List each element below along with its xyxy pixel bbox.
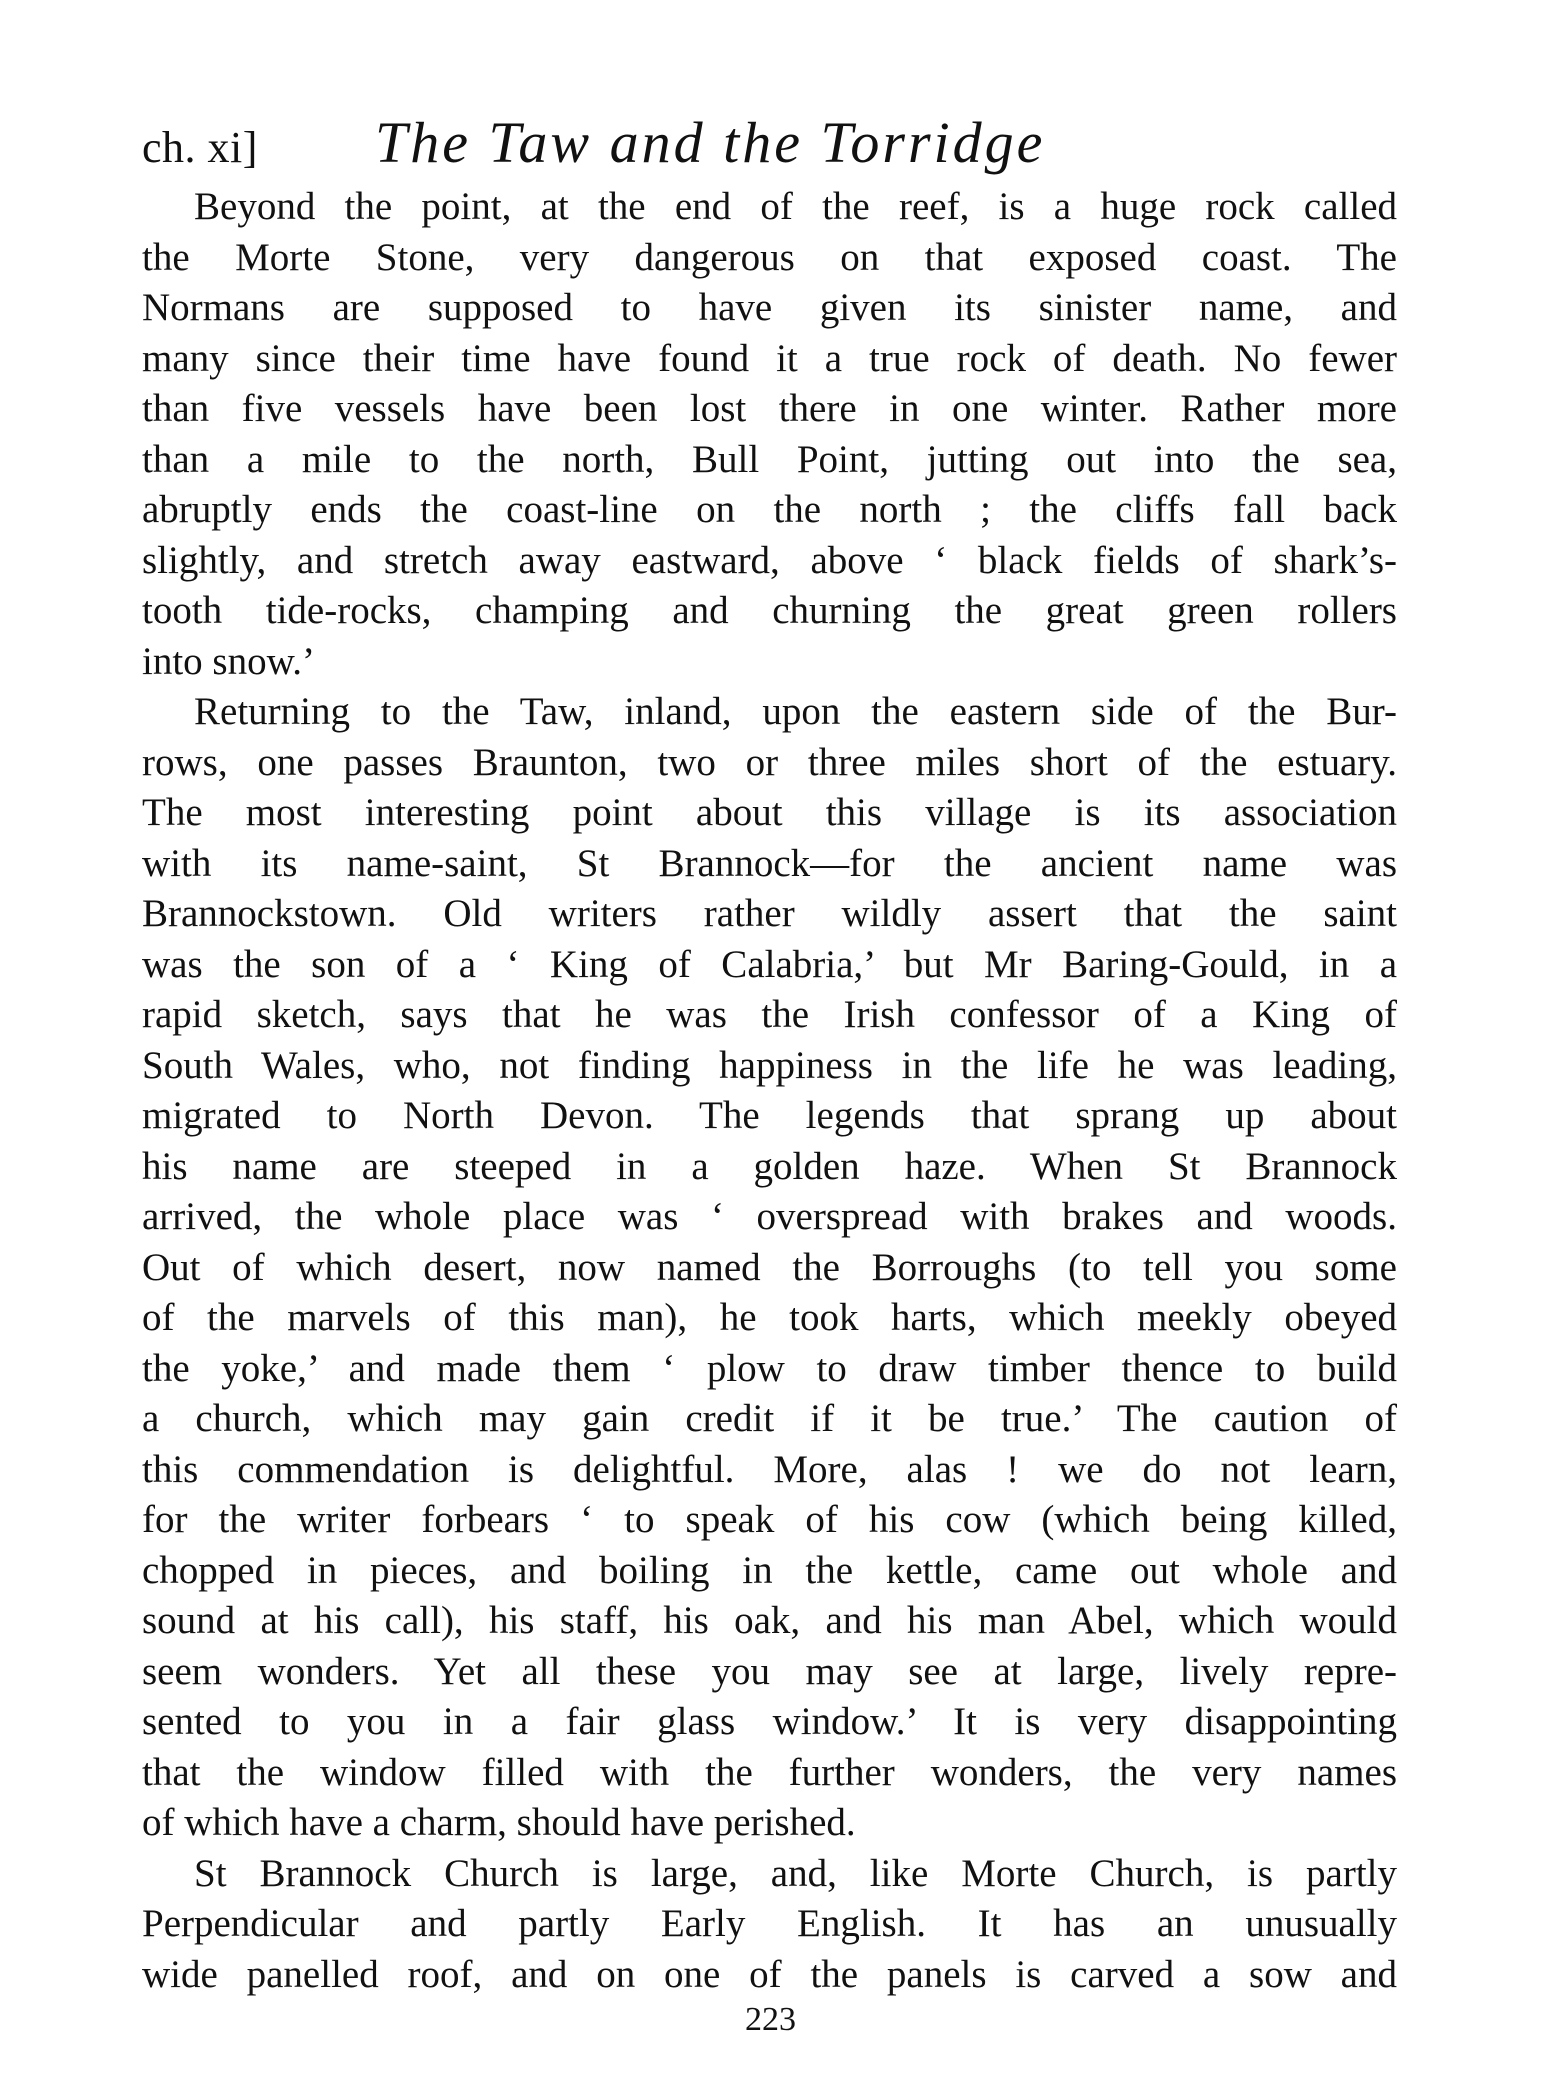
text-line: rows, one passes Braunton, two or three … [142,738,1397,789]
text-line: a church, which may gain credit if it be… [142,1394,1397,1445]
page-number-text: 223 [745,1998,796,2042]
page-number: 223 [0,1998,1557,2042]
text-line: the yoke,’ and made them ‘ plow to draw … [142,1344,1397,1395]
text-line: arrived, the whole place was ‘ oversprea… [142,1192,1397,1243]
text-line: Brannockstown. Old writers rather wildly… [142,889,1397,940]
text-line: Normans are supposed to have given its s… [142,283,1397,334]
text-line: Beyond the point, at the end of the reef… [142,182,1397,233]
text-line: chopped in pieces, and boiling in the ke… [142,1546,1397,1597]
text-line: Out of which desert, now named the Borro… [142,1243,1397,1294]
text-line: sented to you in a fair glass window.’ I… [142,1697,1397,1748]
text-line: than five vessels have been lost there i… [142,384,1397,435]
text-line: tooth tide-rocks, champing and churning … [142,586,1397,637]
running-head: ch. xi] The Taw and the Torridge [142,108,1397,178]
running-title: The Taw and the Torridge [375,108,1045,178]
text-line: the Morte Stone, very dangerous on that … [142,233,1397,284]
text-line: wide panelled roof, and on one of the pa… [142,1950,1397,2001]
text-line: of the marvels of this man), he took har… [142,1293,1397,1344]
paragraph-1: Beyond the point, at the end of the reef… [142,182,1397,687]
paragraph-2: Returning to the Taw, inland, upon the e… [142,687,1397,1849]
text-line: abruptly ends the coast-line on the nort… [142,485,1397,536]
chapter-reference: ch. xi] [142,118,258,178]
text-line: for the writer forbears ‘ to speak of hi… [142,1495,1397,1546]
text-line: of which have a charm, should have peris… [142,1798,1397,1849]
text-line: that the window filled with the further … [142,1748,1397,1799]
text-line: The most interesting point about this vi… [142,788,1397,839]
text-line: this commendation is delightful. More, a… [142,1445,1397,1496]
paragraph-3: St Brannock Church is large, and, like M… [142,1849,1397,2001]
text-line: many since their time have found it a tr… [142,334,1397,385]
text-line: than a mile to the north, Bull Point, ju… [142,435,1397,486]
body-text: Beyond the point, at the end of the reef… [142,182,1397,2000]
book-page: ch. xi] The Taw and the Torridge Beyond … [0,0,1557,2076]
text-line: his name are steeped in a golden haze. W… [142,1142,1397,1193]
text-line: St Brannock Church is large, and, like M… [142,1849,1397,1900]
text-line: migrated to North Devon. The legends tha… [142,1091,1397,1142]
text-line: seem wonders. Yet all these you may see … [142,1647,1397,1698]
text-line: slightly, and stretch away eastward, abo… [142,536,1397,587]
text-line: was the son of a ‘ King of Calabria,’ bu… [142,940,1397,991]
text-line: Returning to the Taw, inland, upon the e… [142,687,1397,738]
text-line: South Wales, who, not finding happiness … [142,1041,1397,1092]
text-line: into snow.’ [142,637,1397,688]
text-line: with its name-saint, St Brannock—for the… [142,839,1397,890]
text-line: rapid sketch, says that he was the Irish… [142,990,1397,1041]
text-line: sound at his call), his staff, his oak, … [142,1596,1397,1647]
text-line: Perpendicular and partly Early English. … [142,1899,1397,1950]
